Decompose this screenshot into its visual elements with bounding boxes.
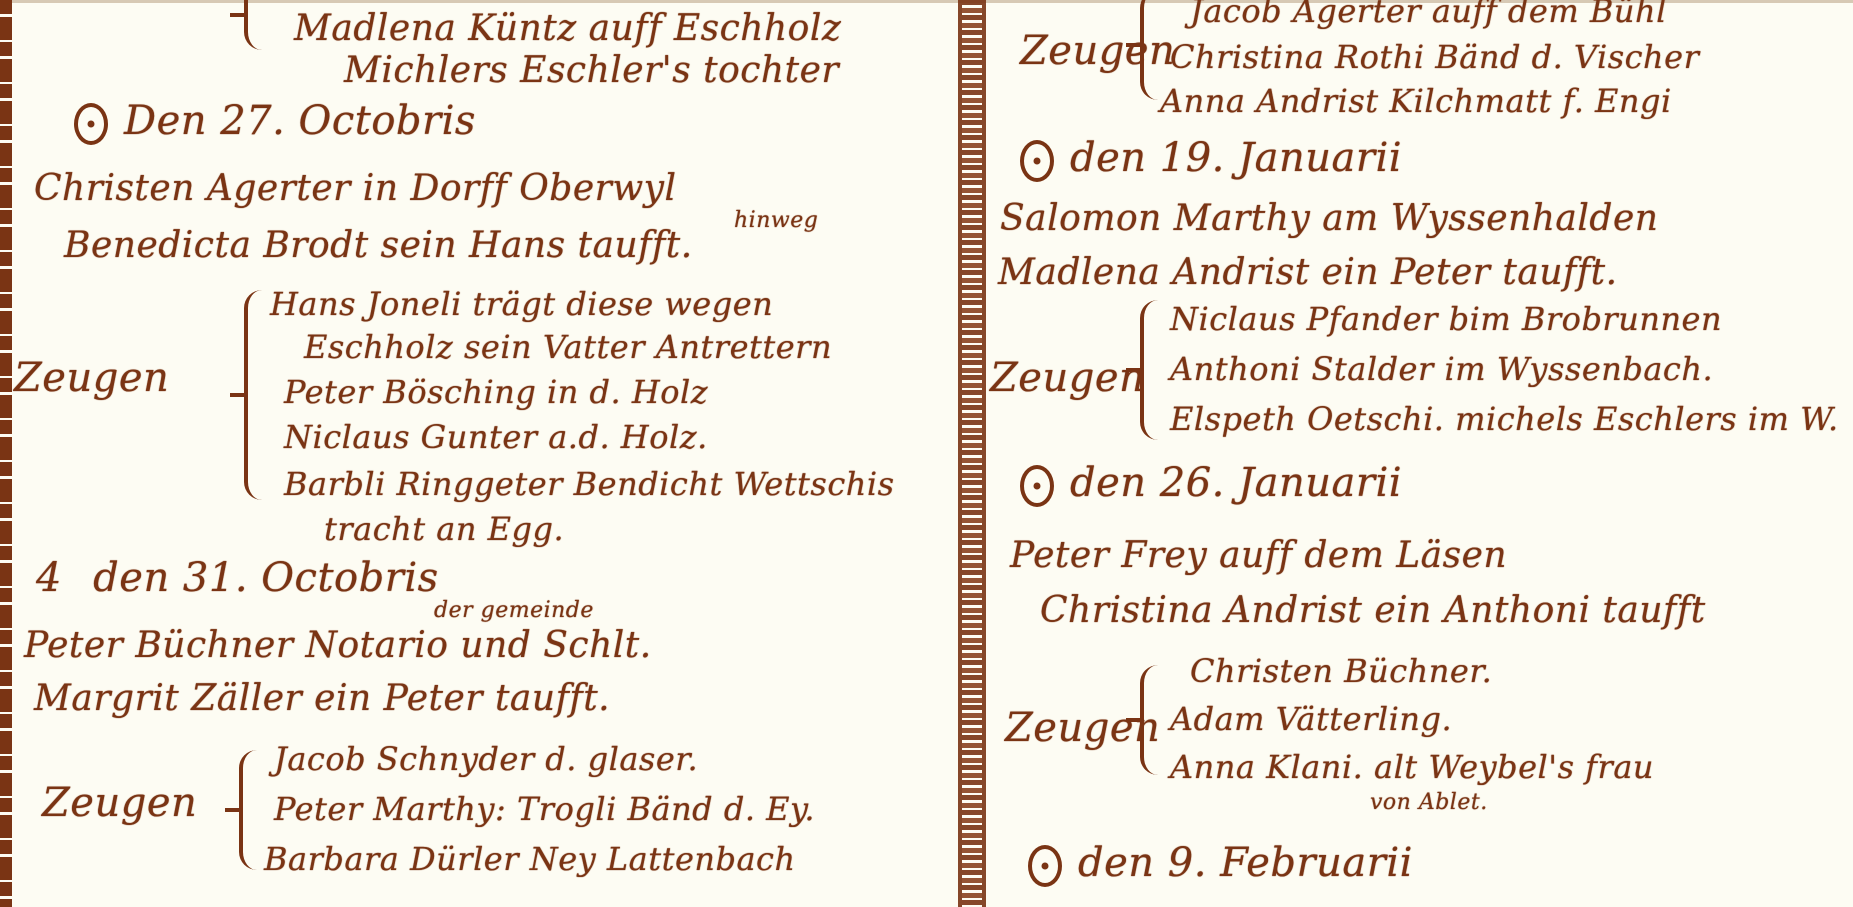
witness-line: Christina Rothi Bänd d. Vischer	[1170, 38, 1699, 76]
left-page: Madlena Küntz auff Eschholz Michlers Esc…	[14, 0, 958, 907]
witness-label: Zeugen	[1005, 705, 1160, 751]
mother-line: Margrit Zäller ein Peter taufft.	[34, 678, 610, 719]
witness-line: Michlers Eschler's tochter	[344, 50, 839, 91]
entry-date: den 26. Januarii	[1020, 460, 1402, 507]
entry-date: Den 27. Octobris	[74, 98, 476, 145]
witness-line: Eschholz sein Vatter Antrettern	[304, 328, 832, 366]
witness-line: tracht an Egg.	[324, 510, 564, 548]
entry-date: den 9. Februarii	[1028, 840, 1413, 887]
witness-line: Peter Marthy: Trogli Bänd d. Ey.	[274, 790, 815, 828]
witness-line: Anthoni Stalder im Wyssenbach.	[1170, 350, 1713, 388]
witness-line: Adam Vätterling.	[1170, 700, 1452, 738]
sun-sunday-icon	[74, 103, 108, 145]
father-line: Peter Frey auff dem Läsen	[1010, 535, 1507, 576]
witness-line: Anna Andrist Kilchmatt f. Engi	[1160, 82, 1672, 120]
witness-line: Elspeth Oetschi. michels Eschlers im W.	[1170, 400, 1839, 438]
witness-label: Zeugen	[14, 355, 169, 401]
witness-line: Peter Bösching in d. Holz	[284, 373, 708, 411]
witness-line: Madlena Küntz auff Eschholz	[294, 8, 841, 49]
witness-line: Hans Joneli trägt diese wegen	[270, 285, 773, 323]
witness-label: Zeugen	[42, 780, 197, 826]
interlinear-note: hinweg	[734, 208, 818, 233]
witness-line: Anna Klani. alt Weybel's frau	[1170, 748, 1654, 786]
witness-brace	[1140, 300, 1164, 440]
father-line: Salomon Marthy am Wyssenhalden	[1000, 198, 1658, 239]
witness-line: Niclaus Gunter a.d. Holz.	[284, 418, 708, 456]
witness-line: Jacob Schnyder d. glaser.	[274, 740, 698, 778]
sun-sunday-icon	[1020, 140, 1054, 182]
witness-brace	[244, 290, 268, 500]
witness-brace	[244, 0, 268, 50]
witness-brace	[1140, 665, 1164, 775]
father-line: Christen Agerter in Dorff Oberwyl	[34, 168, 677, 209]
mother-line: Benedicta Brodt sein Hans taufft.	[64, 225, 693, 266]
witness-label: Zeugen	[990, 355, 1145, 401]
witness-line: Jacob Agerter auff dem Bühl	[1190, 0, 1667, 30]
witness-line: Christen Büchner.	[1190, 652, 1492, 690]
mother-line: Christina Andrist ein Anthoni taufft	[1040, 590, 1706, 631]
right-page: Zeugen Jacob Agerter auff dem Bühl Chris…	[990, 0, 1853, 907]
witness-line: Barbli Ringgeter Bendicht Wettschis	[284, 465, 895, 503]
book-gutter	[958, 0, 986, 907]
page-left-edge	[0, 0, 12, 907]
sun-sunday-icon	[1020, 465, 1054, 507]
entry-date: 4 den 31. Octobris	[36, 555, 439, 601]
witness-line: Barbara Dürler Ney Lattenbach	[264, 840, 796, 878]
entry-date: den 19. Januarii	[1020, 135, 1402, 182]
witness-line: Niclaus Pfander bim Brobrunnen	[1170, 300, 1722, 338]
sun-sunday-icon	[1028, 845, 1062, 887]
interlinear-note: von Ablet.	[1370, 790, 1488, 815]
jupiter-thursday-icon: 4	[36, 555, 62, 601]
mother-line: Madlena Andrist ein Peter taufft.	[998, 252, 1618, 293]
witness-brace	[239, 750, 263, 870]
father-line: Peter Büchner Notario und Schlt.	[24, 625, 652, 666]
interlinear-note: der gemeinde	[434, 598, 594, 623]
